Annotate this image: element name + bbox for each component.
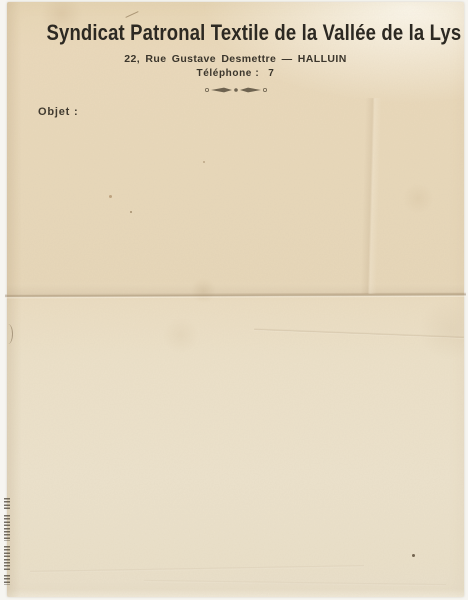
printer-imprint-segment — [4, 515, 10, 541]
letterhead-page: Syndicat Patronal Textile de la Vallée d… — [7, 2, 464, 597]
ink-scratch — [125, 11, 138, 18]
phone-label: Téléphone : — [197, 68, 260, 79]
printer-imprint-vertical — [4, 498, 10, 586]
phone-line: Téléphone :7 — [7, 68, 464, 79]
paper-speck — [109, 195, 112, 198]
ornament-divider-icon — [146, 85, 326, 95]
paper-speck — [203, 161, 205, 163]
printer-imprint-segment — [4, 498, 10, 510]
left-edge-notch — [3, 324, 13, 344]
fold-crease — [5, 292, 466, 299]
phone-number: 7 — [268, 68, 274, 79]
letterhead-title: Syndicat Patronal Textile de la Vallée d… — [7, 20, 464, 46]
bottom-wrinkle — [30, 565, 364, 573]
address-line: 22, Rue Gustave Desmettre — HALLUIN — [7, 53, 464, 65]
paper-speck — [130, 211, 132, 213]
paper-speck — [412, 554, 415, 557]
crease-right-diagonal — [254, 328, 464, 339]
objet-label: Objet : — [38, 106, 78, 118]
bottom-wrinkle — [144, 580, 446, 586]
crease-vertical — [360, 98, 381, 294]
letterhead-title-text: Syndicat Patronal Textile de la Vallée d… — [47, 20, 462, 46]
printer-imprint-segment — [4, 575, 10, 585]
printer-imprint-segment — [4, 546, 10, 570]
